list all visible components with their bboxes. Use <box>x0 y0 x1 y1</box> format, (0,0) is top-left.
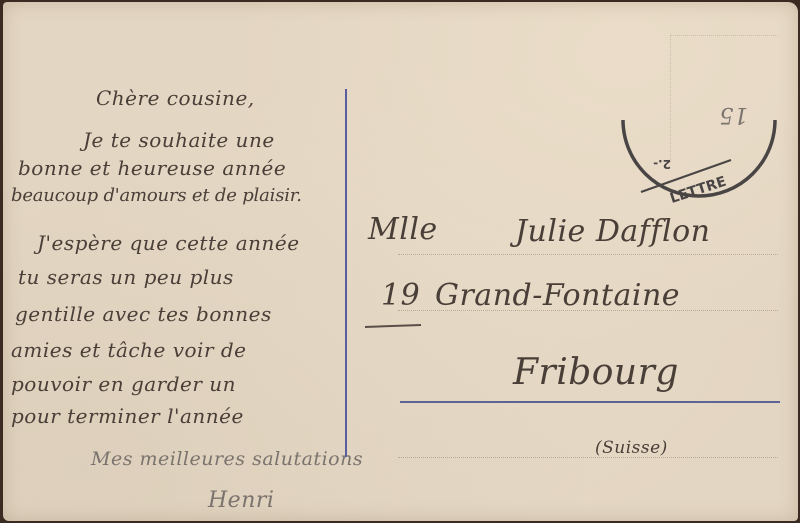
postcard-back: Chère cousine, Je te souhaite une bonne … <box>3 2 798 521</box>
message-line-9: pour terminer l'année <box>11 404 244 428</box>
postmark-date: 2.- <box>653 157 671 171</box>
closing: Mes meilleures salutations <box>91 448 363 470</box>
message-line-3: beaucoup d'amours et de plaisir. <box>11 185 302 206</box>
divider-line <box>345 89 347 457</box>
salutation: Chère cousine, <box>96 86 255 110</box>
address-line-3 <box>400 401 780 403</box>
message-line-1: Je te souhaite une <box>83 128 275 152</box>
country: (Suisse) <box>595 438 668 458</box>
street-number-underline <box>365 324 421 328</box>
recipient-name: Julie Dafflon <box>515 214 710 249</box>
message-line-4: J'espère que cette année <box>37 231 300 255</box>
message-line-5: tu seras un peu plus <box>18 265 234 289</box>
city: Fribourg <box>513 352 679 393</box>
recipient-title: Mlle <box>368 212 438 247</box>
pencil-note: 15 <box>719 102 748 127</box>
message-line-6: gentille avec tes bonnes <box>15 302 272 326</box>
street-number: 19 <box>381 278 420 313</box>
message-line-2: bonne et heureuse année <box>18 156 286 180</box>
message-line-7: amies et tâche voir de <box>11 338 247 362</box>
message-line-8: pouvoir en garder un <box>11 372 236 396</box>
postmark-icon: LETTRE 2.- <box>619 110 779 210</box>
signature: Henri <box>208 488 274 513</box>
street-name: Grand-Fontaine <box>435 278 680 313</box>
address-line-4 <box>398 457 778 458</box>
address-line-1 <box>398 254 778 255</box>
